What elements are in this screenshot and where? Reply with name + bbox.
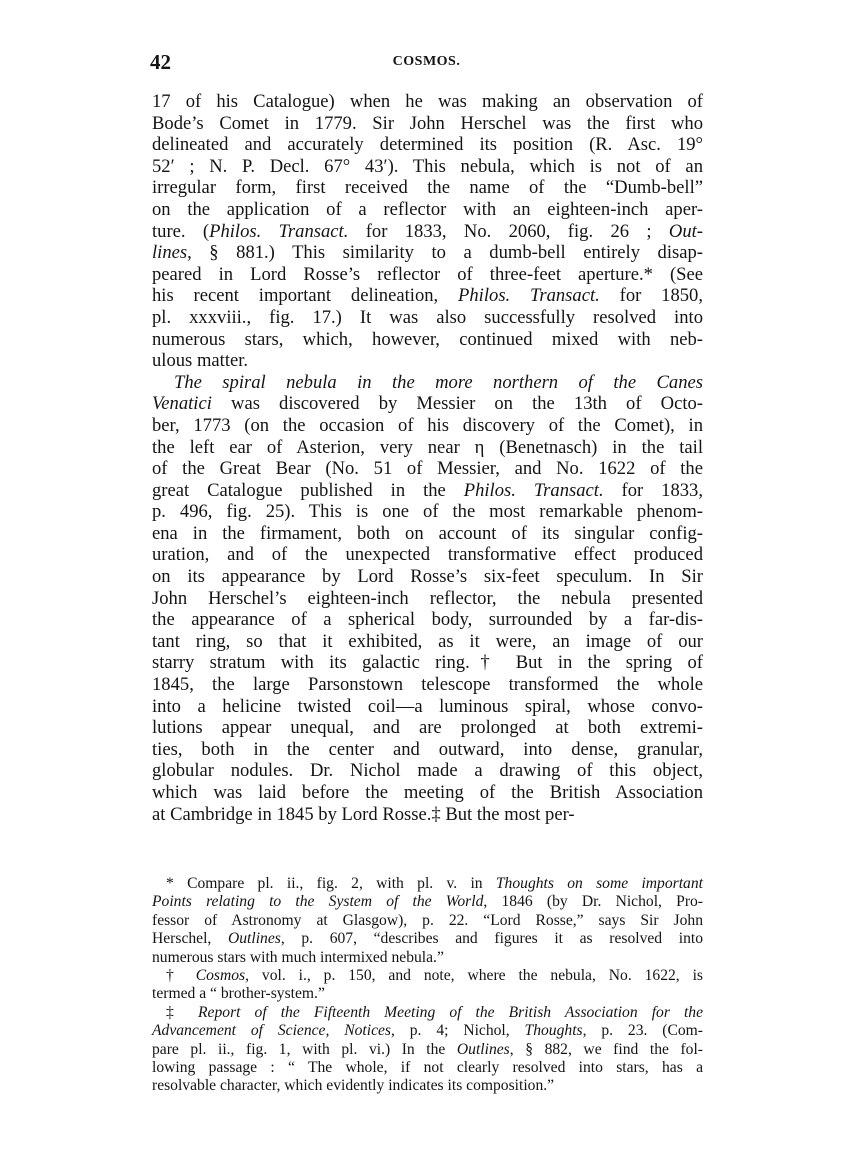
text-run: at Cambridge in 1845 by Lord Rosse.‡ But… — [152, 804, 575, 825]
body-line: tant ring, so that it exhibited, as it w… — [152, 631, 703, 653]
body-line: peared in Lord Rosse’s reflector of thre… — [152, 264, 703, 286]
text-run: into a helicine twisted coil—a luminous … — [152, 696, 703, 717]
body-line: the appearance of a spherical body, surr… — [152, 609, 703, 631]
body-line: ena in the firmament, both on account of… — [152, 523, 703, 545]
text-run: 52′ ; N. P. Decl. 67° 43′). This nebula,… — [152, 156, 703, 177]
body-line: 52′ ; N. P. Decl. 67° 43′). This nebula,… — [152, 156, 703, 178]
text-run: termed a “ brother-system.” — [152, 985, 325, 1002]
body-line: on its appearance by Lord Rosse’s six-fe… — [152, 566, 703, 588]
text-run: pare pl. ii., fig. 1, with pl. vi.) In t… — [152, 1041, 457, 1058]
italic-text: lines — [152, 242, 187, 263]
text-run: irregular form, first received the name … — [152, 177, 703, 198]
text-run: great Catalogue published in the — [152, 480, 464, 501]
text-run: tant ring, so that it exhibited, as it w… — [152, 631, 703, 652]
text-run: Herschel, — [152, 930, 228, 947]
text-run: delineated and accurately determined its… — [152, 134, 703, 155]
text-run: , p. 23. (Com- — [583, 1022, 703, 1039]
text-run: which was laid before the meeting of the… — [152, 782, 703, 803]
text-run: ulous matter. — [152, 350, 248, 371]
text-run: ber, 1773 (on the occasion of his discov… — [152, 415, 703, 436]
body-line: starry stratum with its galactic ring.† … — [152, 652, 703, 674]
text-run: , § 881.) This similarity to a dumb-bell… — [187, 242, 703, 263]
body-line: p. 496, fig. 25). This is one of the mos… — [152, 501, 703, 523]
body-line: into a helicine twisted coil—a luminous … — [152, 696, 703, 718]
body-line: which was laid before the meeting of the… — [152, 782, 703, 804]
body-line: 1845, the large Parsonstown telescope tr… — [152, 674, 703, 696]
text-run: , 1846 (by Dr. Nichol, Pro- — [483, 893, 703, 910]
footnote-line: Points relating to the System of the Wor… — [152, 893, 703, 911]
text-run: ties, both in the center and outward, in… — [152, 739, 703, 760]
italic-text: Outlines — [457, 1041, 510, 1058]
text-run: lowing passage : “ The whole, if not cle… — [152, 1059, 703, 1076]
text-run: resolvable character, which evidently in… — [152, 1077, 554, 1094]
text-run: ena in the firmament, both on account of… — [152, 523, 703, 544]
text-run: Bode’s Comet in 1779. Sir John Herschel … — [152, 113, 703, 134]
text-run: uration, and of the unexpected transform… — [152, 544, 703, 565]
body-line: irregular form, first received the name … — [152, 177, 703, 199]
body-line: his recent important delineation, Philos… — [152, 285, 703, 307]
text-run: numerous stars, which, however, continue… — [152, 329, 703, 350]
footnotes: * Compare pl. ii., fig. 2, with pl. v. i… — [152, 875, 703, 1096]
body-line: The spiral nebula in the more northern o… — [152, 372, 703, 394]
text-run: for 1850, — [600, 285, 703, 306]
footnote-line: Herschel, Outlines, p. 607, “describes a… — [152, 930, 703, 948]
body-line: at Cambridge in 1845 by Lord Rosse.‡ But… — [152, 804, 703, 826]
body-line: 17 of his Catalogue) when he was making … — [152, 91, 703, 113]
footnote-line: numerous stars with much intermixed nebu… — [152, 949, 703, 967]
italic-text: Points relating to the System of the Wor… — [152, 893, 483, 910]
body-line: great Catalogue published in the Philos.… — [152, 480, 703, 502]
footnote-line: † Cosmos, vol. i., p. 150, and note, whe… — [152, 967, 703, 985]
body-line: lutions appear unequal, and are prolonge… — [152, 717, 703, 739]
body-line: ber, 1773 (on the occasion of his discov… — [152, 415, 703, 437]
italic-text: Thoughts on some important — [496, 875, 703, 892]
text-run: numerous stars with much intermixed nebu… — [152, 949, 444, 966]
body-line: Bode’s Comet in 1779. Sir John Herschel … — [152, 113, 703, 135]
text-run: of the Great Bear (No. 51 of Messier, an… — [152, 458, 703, 479]
italic-text: Report of the Fifteenth Meeting of the B… — [198, 1004, 703, 1021]
text-run: his recent important delineation, — [152, 285, 458, 306]
text-run: , § 882, we find the fol- — [510, 1041, 703, 1058]
italic-text: Outlines — [228, 930, 281, 947]
text-run: the left ear of Asterion, very near η (B… — [152, 437, 703, 458]
text-run: starry stratum with its galactic ring.† … — [152, 652, 703, 673]
italic-text: The spiral nebula in the more northern o… — [174, 372, 703, 393]
italic-text: Philos. Transact. — [458, 285, 600, 306]
footnote-line: fessor of Astronomy at Glasgow), p. 22. … — [152, 912, 703, 930]
body-line: globular nodules. Dr. Nichol made a draw… — [152, 760, 703, 782]
body-line: pl. xxxviii., fig. 17.) It was also succ… — [152, 307, 703, 329]
body-line: John Herschel’s eighteen-inch reflector,… — [152, 588, 703, 610]
body-line: of the Great Bear (No. 51 of Messier, an… — [152, 458, 703, 480]
text-run: for 1833, — [604, 480, 703, 501]
text-run: , p. 4; Nichol, — [391, 1022, 525, 1039]
italic-text: Venatici — [152, 393, 212, 414]
body-line: on the application of a reflector with a… — [152, 199, 703, 221]
text-run: , p. 607, “describes and figures it as r… — [281, 930, 703, 947]
page-header: 42 COSMOS. — [150, 50, 703, 76]
text-run: globular nodules. Dr. Nichol made a draw… — [152, 760, 703, 781]
text-run: on the application of a reflector with a… — [152, 199, 703, 220]
text-run: 1845, the large Parsonstown telescope tr… — [152, 674, 703, 695]
text-run: ture. ( — [152, 221, 209, 242]
text-run: † — [166, 967, 196, 984]
footnote-line: ‡ Report of the Fifteenth Meeting of the… — [152, 1004, 703, 1022]
text-run: the appearance of a spherical body, surr… — [152, 609, 703, 630]
text-run: 17 of his Catalogue) when he was making … — [152, 91, 703, 112]
text-run: John Herschel’s eighteen-inch reflector,… — [152, 588, 703, 609]
text-run: on its appearance by Lord Rosse’s six-fe… — [152, 566, 703, 587]
body-line: delineated and accurately determined its… — [152, 134, 703, 156]
footnote-line: * Compare pl. ii., fig. 2, with pl. v. i… — [152, 875, 703, 893]
text-run: ‡ — [166, 1004, 198, 1021]
footnote-line: lowing passage : “ The whole, if not cle… — [152, 1059, 703, 1077]
italic-text: Out- — [669, 221, 703, 242]
main-text: 17 of his Catalogue) when he was making … — [152, 91, 703, 825]
italic-text: Philos. Transact. — [209, 221, 348, 242]
italic-text: Advancement of Science, Notices — [152, 1022, 391, 1039]
footnote-line: termed a “ brother-system.” — [152, 985, 703, 1003]
body-line: ties, both in the center and outward, in… — [152, 739, 703, 761]
footnote-line: Advancement of Science, Notices, p. 4; N… — [152, 1022, 703, 1040]
italic-text: Philos. Transact. — [464, 480, 604, 501]
text-run: fessor of Astronomy at Glasgow), p. 22. … — [152, 912, 703, 929]
italic-text: Thoughts — [525, 1022, 583, 1039]
text-run: lutions appear unequal, and are prolonge… — [152, 717, 703, 738]
body-line: Venatici was discovered by Messier on th… — [152, 393, 703, 415]
text-run: peared in Lord Rosse’s reflector of thre… — [152, 264, 703, 285]
text-run: was discovered by Messier on the 13th of… — [212, 393, 703, 414]
footnote-line: pare pl. ii., fig. 1, with pl. vi.) In t… — [152, 1041, 703, 1059]
running-title: COSMOS. — [150, 54, 703, 70]
body-line: the left ear of Asterion, very near η (B… — [152, 437, 703, 459]
italic-text: Cosmos — [196, 967, 245, 984]
body-line: lines, § 881.) This similarity to a dumb… — [152, 242, 703, 264]
text-run: p. 496, fig. 25). This is one of the mos… — [152, 501, 703, 522]
text-run: , vol. i., p. 150, and note, where the n… — [245, 967, 703, 984]
text-run: * Compare pl. ii., fig. 2, with pl. v. i… — [166, 875, 496, 892]
body-line: ulous matter. — [152, 350, 703, 372]
text-run: pl. xxxviii., fig. 17.) It was also succ… — [152, 307, 703, 328]
body-line: ture. (Philos. Transact. for 1833, No. 2… — [152, 221, 703, 243]
footnote-line: resolvable character, which evidently in… — [152, 1077, 703, 1095]
text-run: for 1833, No. 2060, fig. 26 ; — [348, 221, 669, 242]
body-line: numerous stars, which, however, continue… — [152, 329, 703, 351]
body-line: uration, and of the unexpected transform… — [152, 544, 703, 566]
